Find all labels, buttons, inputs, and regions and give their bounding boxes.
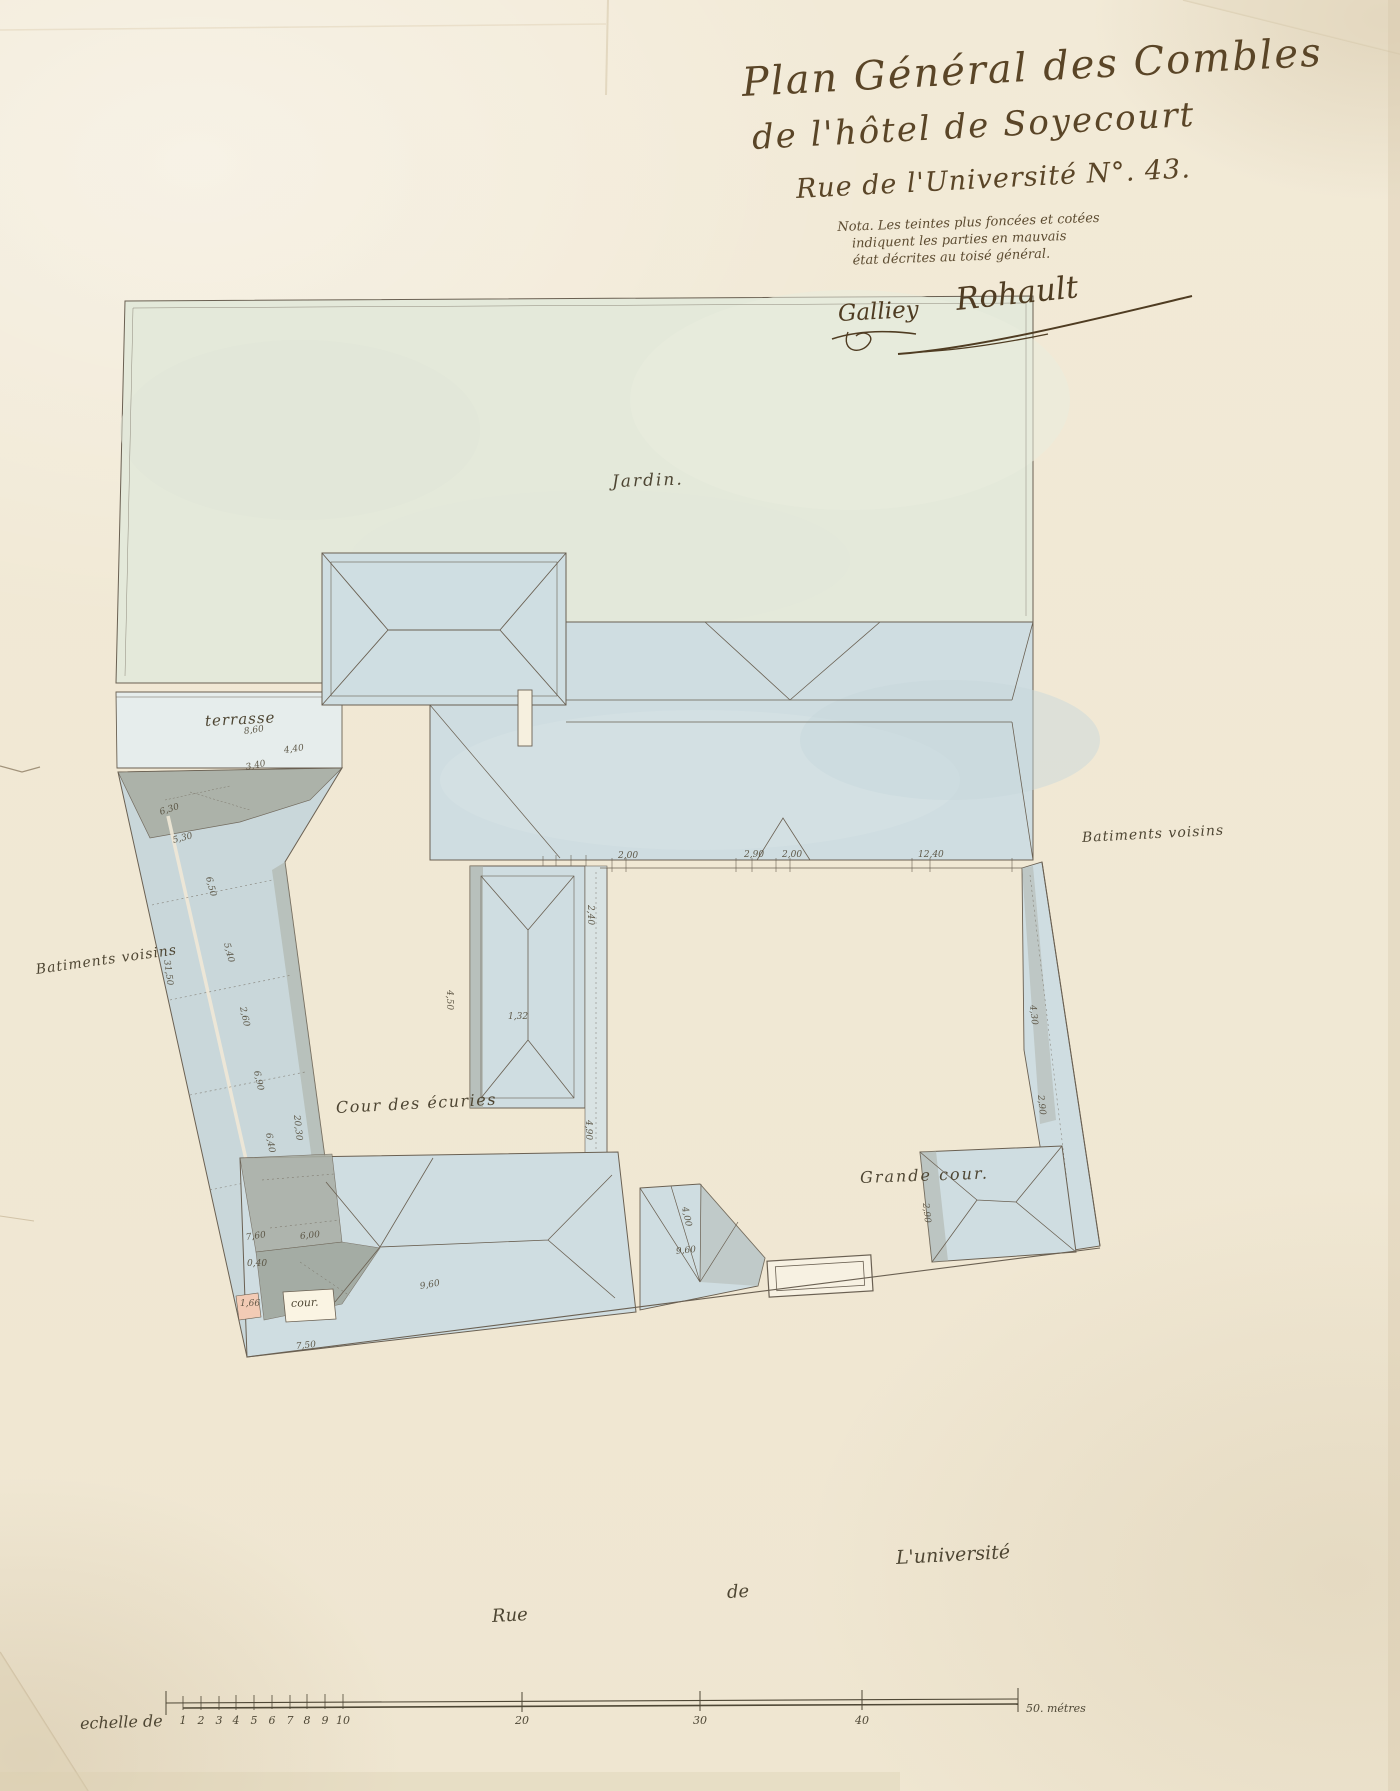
grande-cour-edge [600, 858, 1022, 1158]
chimney-wall [518, 690, 532, 746]
scale-tick-number: 20 [515, 1714, 529, 1727]
dimension-cote: 2,00 [618, 851, 638, 861]
street-buildings [236, 1152, 636, 1357]
scale-tick-number: 6 [269, 1714, 276, 1727]
fan-roof [640, 1184, 765, 1310]
scale-tick-number: 30 [693, 1714, 707, 1727]
dimension-cote: 12,40 [918, 850, 944, 860]
dimension-cote: 1,32 [508, 1012, 528, 1022]
scale-tick-number: 7 [287, 1714, 294, 1727]
right-pavilion-roof [920, 1146, 1076, 1262]
scale-tick-number: 1 [180, 1714, 187, 1727]
label-de: de [726, 1581, 749, 1603]
drawing-sheet: Plan Général des Combles de l'hôtel de S… [0, 0, 1400, 1791]
terrace-area [116, 692, 342, 768]
label-terrasse: terrasse [205, 708, 276, 730]
scale-tick-number: 40 [855, 1714, 869, 1727]
scale-tick-number: 9 [322, 1714, 329, 1727]
scale-label: echelle de [80, 1711, 163, 1733]
dimension-cote: 2,90 [920, 1202, 932, 1223]
dimension-cote: 1,66 [240, 1299, 260, 1309]
nota-note: Nota. Les teintes plus foncées et cotées… [837, 210, 1101, 270]
label-petite-cour: cour. [291, 1296, 319, 1310]
scale-bar [166, 1688, 1018, 1715]
dimension-cote: 4,90 [583, 1120, 593, 1140]
scale-tick-number: 5 [251, 1714, 258, 1727]
dimension-cote: 7,50 [295, 1340, 316, 1352]
dimension-cote: 2,90 [744, 850, 764, 860]
label-jardin: Jardin. [612, 470, 684, 492]
label-rue: Rue [491, 1604, 528, 1627]
dimension-cote: 6,00 [299, 1230, 320, 1242]
scale-tick-number: 4 [233, 1714, 240, 1727]
dimension-cote: 2,00 [782, 850, 802, 860]
dimension-cote: 2,90 [1035, 1094, 1047, 1115]
scale-tick-number: 50. métres [1026, 1702, 1086, 1715]
scale-tick-number: 8 [304, 1714, 311, 1727]
stable-roof [470, 866, 620, 1186]
dimension-cote: 4,50 [444, 990, 454, 1010]
dimension-cote: 0,40 [247, 1259, 267, 1269]
scale-tick-number: 10 [336, 1714, 350, 1727]
dimension-cote: 9,60 [675, 1245, 696, 1257]
signature-galliey: Galliey [837, 297, 919, 327]
entrance-gate [767, 1255, 873, 1297]
scale-tick-number: 3 [216, 1714, 223, 1727]
scale-tick-number: 2 [198, 1714, 205, 1727]
dimension-cote: 2,40 [585, 905, 595, 925]
dimension-cote: 4,30 [1027, 1004, 1039, 1025]
